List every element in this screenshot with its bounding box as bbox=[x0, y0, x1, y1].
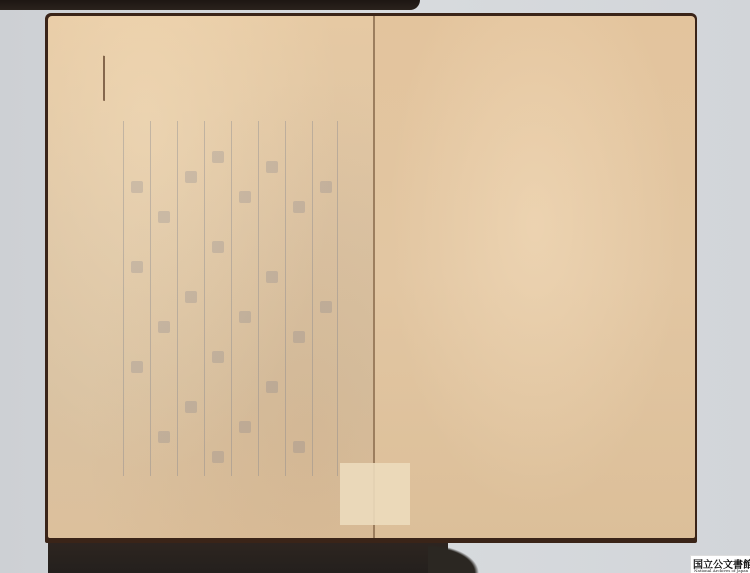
paper-label-slip bbox=[340, 463, 410, 525]
paper-crack bbox=[103, 56, 107, 102]
watermark-english: National Archives of Japan bbox=[694, 568, 748, 573]
right-page bbox=[375, 16, 695, 538]
bottom-cover-shadow bbox=[48, 540, 448, 573]
left-page bbox=[48, 16, 374, 538]
bleed-through-text bbox=[123, 121, 338, 476]
top-cover-shadow bbox=[0, 0, 420, 10]
archives-watermark: 国立公文書館 National Archives of Japan bbox=[690, 555, 750, 573]
